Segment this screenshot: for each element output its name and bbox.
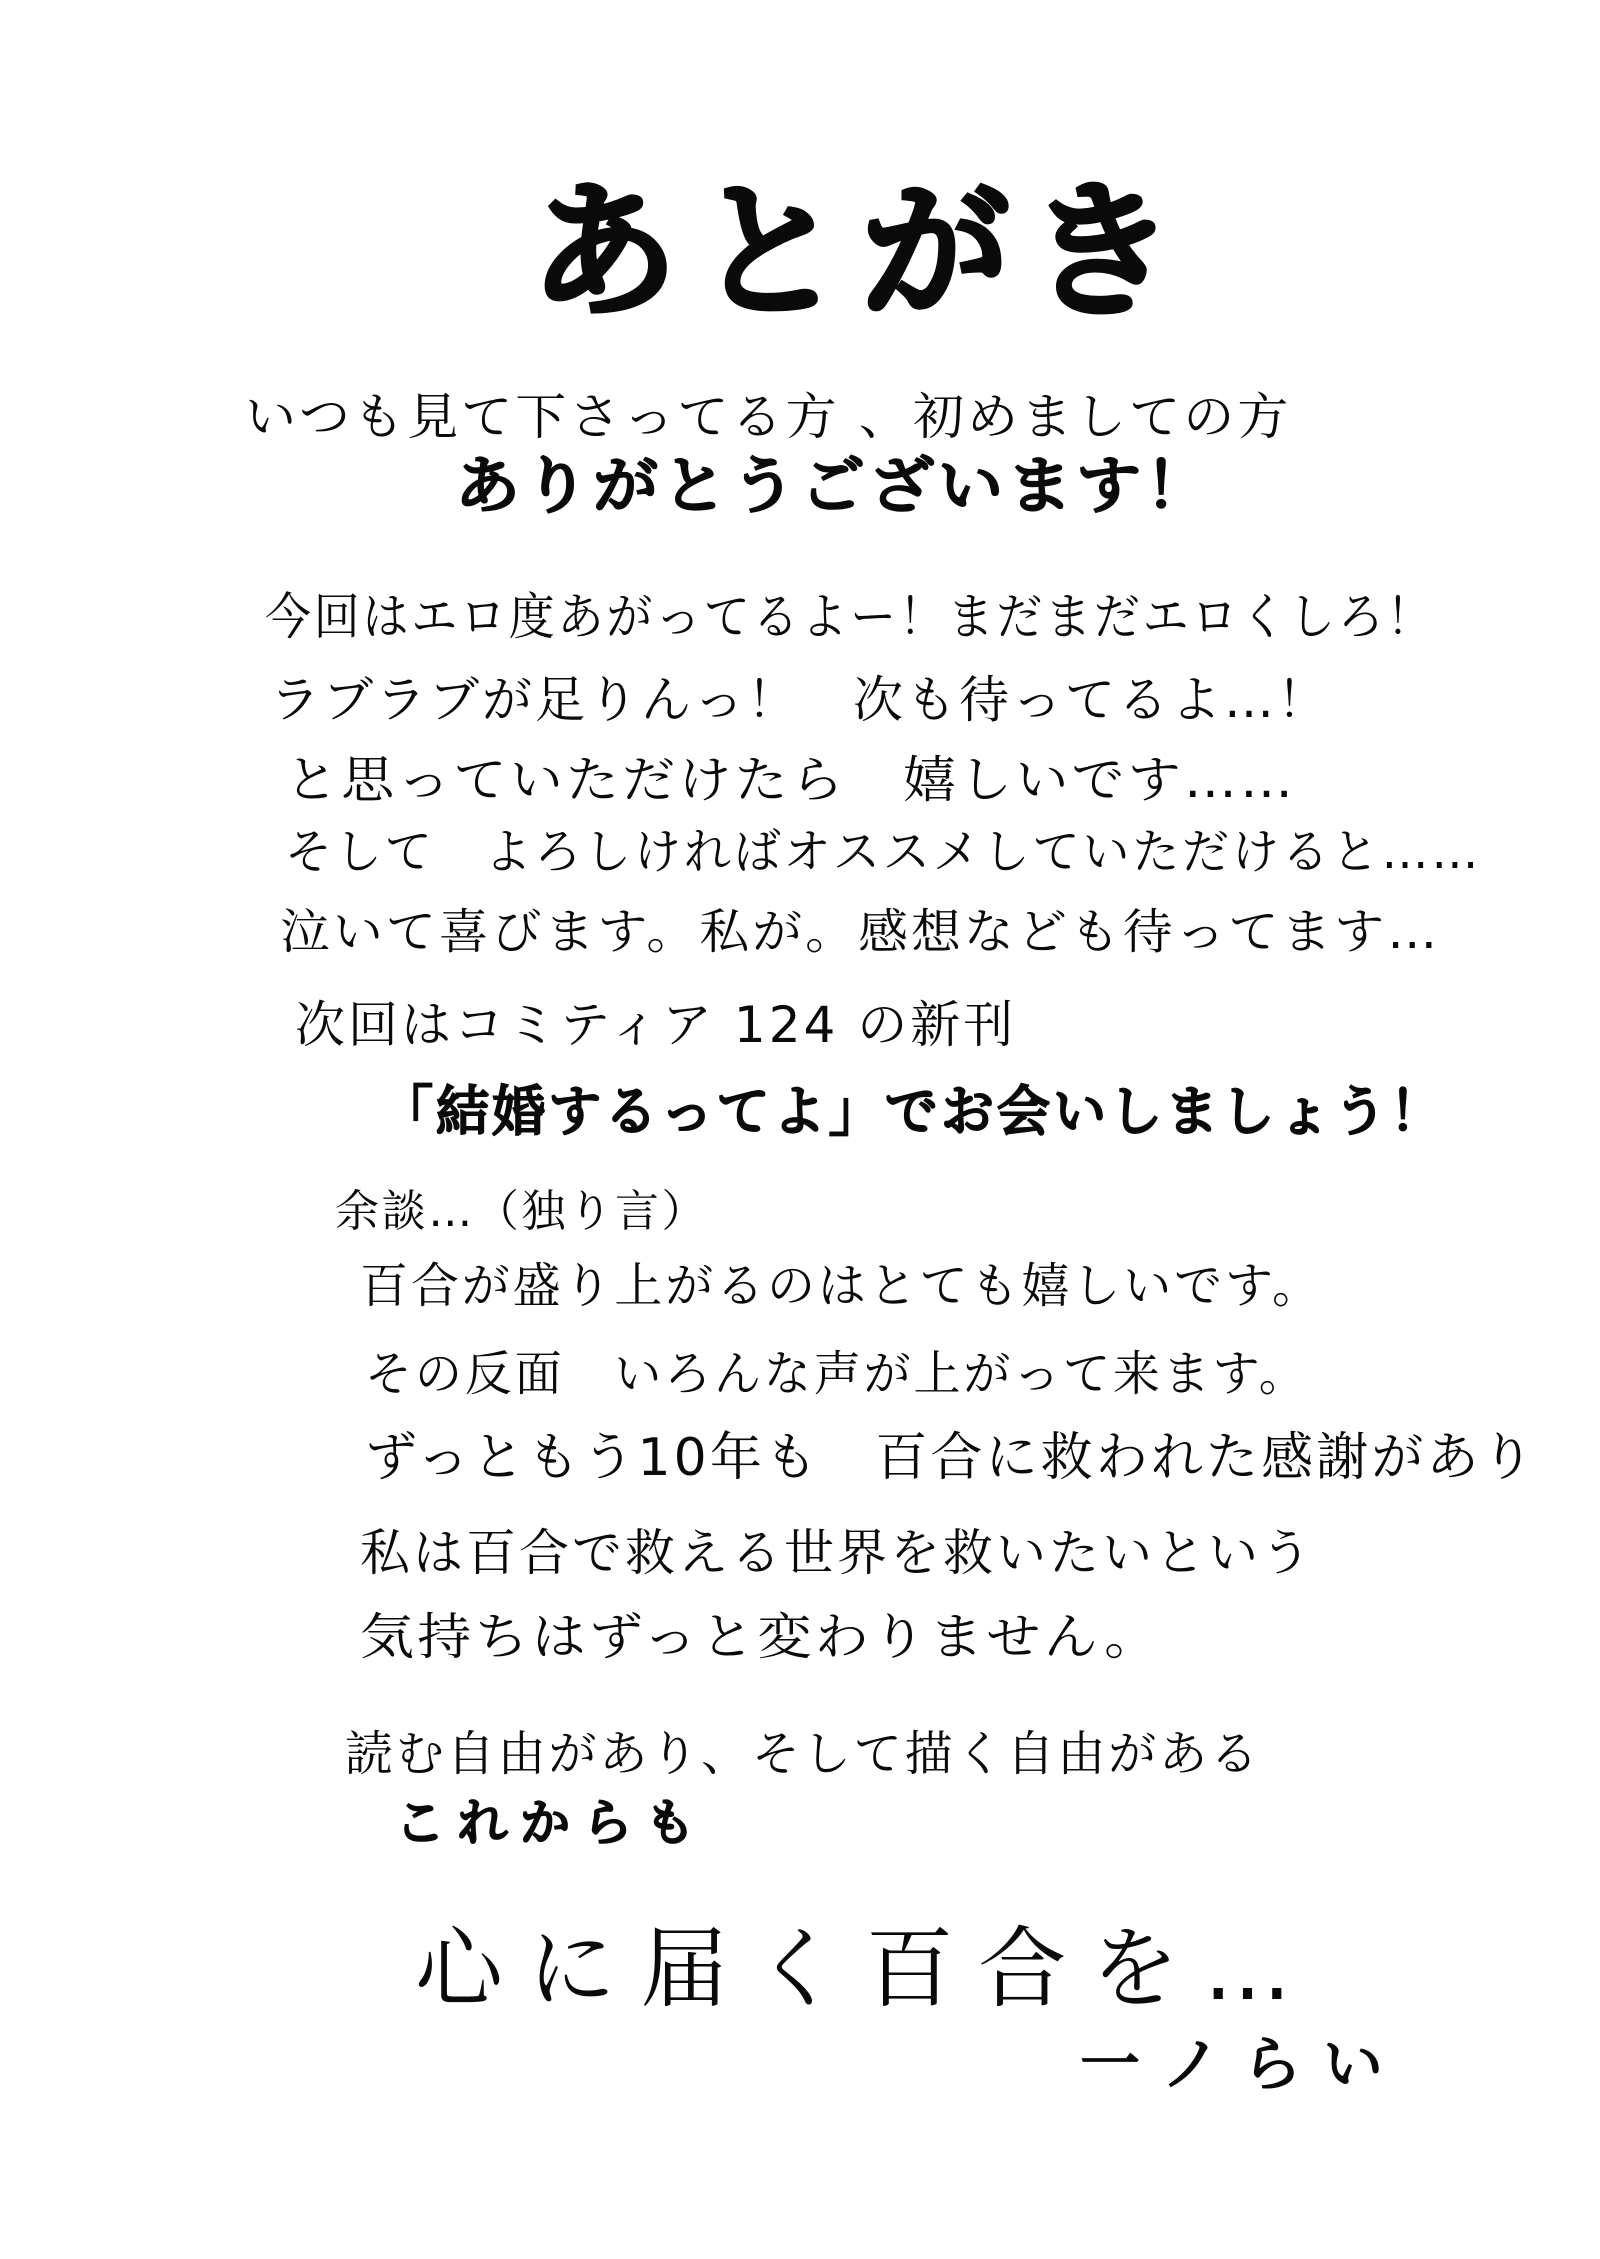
aside-heading: 余談…（独り言）	[335, 1190, 708, 1234]
aside-line: 読む自由があり、そして描く自由がある	[345, 1730, 1261, 1778]
page-title: あとがき	[530, 178, 1193, 326]
afterword-page: あとがき いつも見て下さってる方 、初めましての方 ありがとうございます！ 今回…	[0, 0, 1600, 2259]
aside-line: その反面 いろんな声が上がって来ます。	[365, 1350, 1309, 1398]
next-event-line: 次回はコミティア 124 の新刊	[295, 1000, 1016, 1050]
next-title-line: 「結婚するってよ」でお会いしましょう！	[380, 1085, 1446, 1139]
author-signature: 一ノらい	[1080, 2035, 1404, 2095]
body-line: と思っていただけたら 嬉しいです……	[285, 755, 1296, 805]
body-line: 今回はエロ度あがってるよー！まだまだエロくしろ！	[265, 592, 1435, 642]
greeting-line: いつも見て下さってる方 、初めましての方	[245, 392, 1291, 442]
body-line: 泣いて喜びます。私が。感想なども待ってます…	[280, 908, 1440, 956]
body-line: ラブラブが足りんっ！ 次も待ってるよ…！	[270, 675, 1330, 725]
aside-line: ずっともう10年も 百合に救われた感謝があり	[365, 1432, 1537, 1484]
body-line: そして よろしければオススメしていただけると……	[285, 828, 1481, 876]
aside-line: これからも	[395, 1798, 708, 1848]
aside-line: 百合が盛り上がるのはとても嬉しいです。	[360, 1262, 1323, 1310]
aside-line: 私は百合で救える世界を救いたいという	[360, 1528, 1314, 1578]
closing-message: 心に届く百合を…	[415, 1925, 1316, 2013]
thanks-line: ありがとうございます！	[455, 455, 1214, 517]
aside-line: 気持ちはずっと変わりません。	[360, 1612, 1161, 1662]
